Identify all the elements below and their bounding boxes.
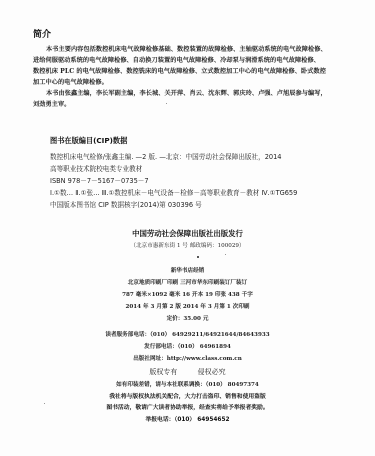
publisher-name: 中国劳动社会保障出版社出版发行	[0, 228, 375, 239]
cip-line: 高等职业技术院校电类专业教材	[50, 163, 142, 173]
cip-line: ISBN 978－7－5167－0735－7	[50, 175, 149, 185]
cip-line: Ⅰ.①数… Ⅱ.①张… Ⅲ.①数控机床－电气设备－检修－高等职业教育－教材 Ⅳ.…	[50, 187, 297, 197]
anti-piracy-line-1: 我社将与版权执法机关配合，大力打击盗印、销售和使用盗版	[0, 391, 375, 400]
distribution-phone: 发行部电话：（010） 64961894	[0, 342, 375, 350]
cip-title: 图书在版编目(CIP)数据	[50, 136, 127, 146]
speck	[166, 103, 167, 104]
intro-line: 进给伺服驱动系统的电气故障检修、自动换刀装置的电气故障检修、冷却泵与润滑系统的电…	[33, 55, 320, 64]
publisher-address: （北京市惠新东街 1 号 邮政编码：100029）	[0, 241, 375, 249]
reader-service-phone: 读者服务部电话：（010） 64929211/64921644/84643933	[0, 330, 375, 338]
report-phone: 举报电话：（010） 64954652	[0, 414, 375, 423]
anti-piracy-line-2: 图书活动，敬请广大读者协助举报，经查实将给予举报者奖励。	[0, 402, 375, 411]
separator-dot	[197, 256, 199, 258]
price: 定价：35.00 元	[0, 314, 375, 322]
format-info: 787 毫米×1092 毫米 16 开本 19 印张 438 千字	[0, 290, 375, 298]
speck	[225, 254, 226, 255]
distributor: 新华书店经销	[0, 266, 375, 274]
speck	[44, 403, 45, 404]
misprint-notice: 如有印装差错，请与本社联系调换：（010） 80497374	[0, 380, 375, 388]
publisher-website: 出版社网址：http://www.class.com.cn	[0, 354, 375, 362]
intro-line: 加工中心的电气故障检修。	[33, 77, 108, 86]
intro-line: 刘劲勇主审。	[33, 99, 70, 108]
copyright-page: 简介 本书主要内容包括数控机床电气故障检修基础、数控装置的故障检修、主轴驱动系统…	[0, 0, 375, 456]
printers: 北京地质印刷厂印刷 三河市华东印刷装订厂装订	[0, 278, 375, 286]
intro-title: 简介	[33, 27, 51, 40]
intro-line: 数控机床 PLC 的电气故障检修、数控铣床的电气故障检修、立式数控加工中心的电气…	[33, 66, 326, 75]
intro-line: 本书主要内容包括数控机床电气故障检修基础、数控装置的故障检修、主轴驱动系统的电气…	[46, 44, 327, 53]
edition-info: 2014 年 3 月第 2 版 2014 年 3 月第 1 次印刷	[0, 302, 375, 310]
cip-line: 中国版本图书馆 CIP 数据核字(2014)第 030396 号	[50, 199, 202, 209]
cip-line: 数控机床电气检修/张鑫主编. —2 版. —北京：中国劳动社会保障出版社，201…	[50, 151, 282, 161]
copyright-notice: 版权专有 侵权必究	[0, 367, 375, 377]
intro-line: 本书由张鑫主编，李长军副主编，李长城、关开萍、肖云、沈东辉、郭庆玲、卢强、卢旭辰…	[46, 88, 327, 97]
